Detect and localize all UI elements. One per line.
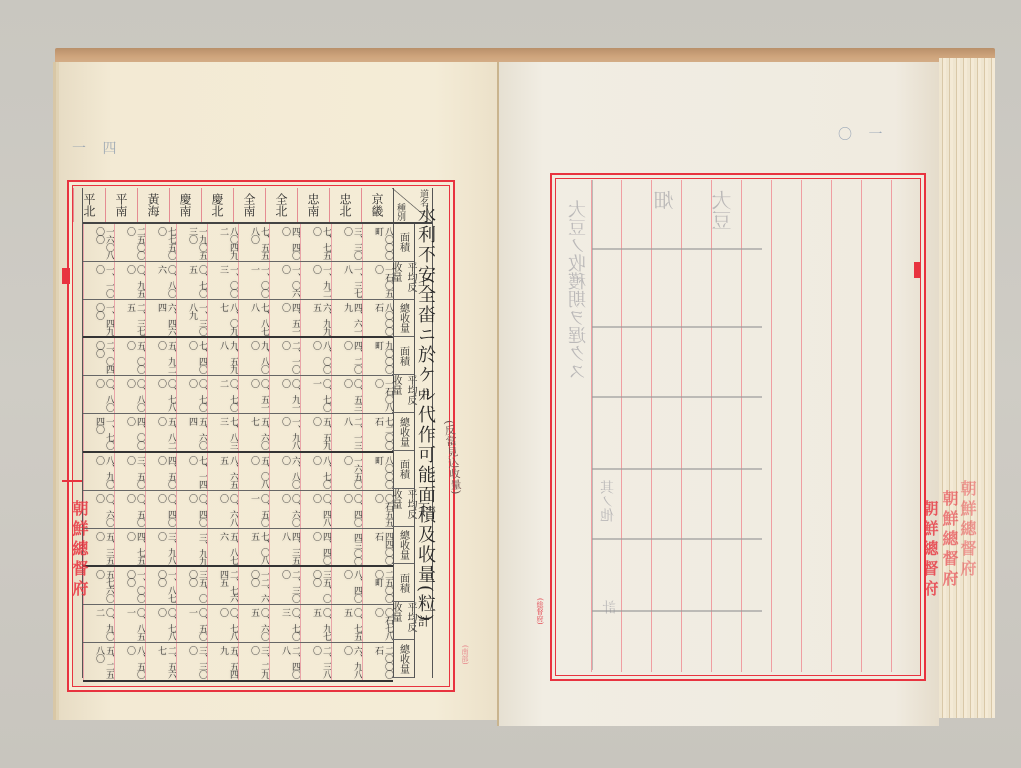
table-cell: 二、三八〇: [300, 643, 331, 680]
table-cell: 六、四六四: [145, 300, 176, 337]
table-cell: 五、五九〇: [300, 414, 331, 451]
table-cell: 二、〇四〇〇: [83, 338, 114, 375]
column-header: 黃海: [137, 188, 169, 222]
table-cell: 七、一四〇: [176, 453, 207, 490]
table-cell: 〇、七〇一: [300, 376, 331, 413]
table-cell: 八、七〇〇: [300, 453, 331, 490]
table-cell: 九、五九八: [207, 338, 238, 375]
table-cell: 〇、四八〇: [300, 491, 331, 528]
table-cell: 四、四〇〇: [300, 529, 331, 566]
table-cell: 一、〇六〇: [269, 262, 300, 299]
table-cell: 七、八七八: [238, 300, 269, 337]
table-cell: 〇、九五〇: [114, 262, 145, 299]
table-cell: 一、三七八: [331, 262, 362, 299]
table-cell: 四、五一〇: [269, 300, 300, 337]
table-cell: 五、八二〇: [145, 414, 176, 451]
edge-tick: [62, 268, 70, 284]
table-cell: 二、一三八: [331, 414, 362, 451]
table-cell: 五、九二〇: [145, 338, 176, 375]
table-cell: 五、〇八〇: [238, 453, 269, 490]
table-cell: 〇、四〇〇: [331, 491, 362, 528]
row-label: 平均反收量: [392, 262, 414, 300]
row-label: 平均反收量: [392, 375, 414, 413]
column-header: 忠南: [297, 188, 329, 222]
table-cell: 二、三〇〇: [269, 567, 300, 604]
table-row: 八〇〇〇町三、三〇〇七、七五〇四、四〇〇七、五五八〇八〇四九二一九〇五三〇七七五…: [83, 224, 393, 262]
table-cell: 二、三七五: [114, 300, 145, 337]
table-cell: 七、〇八五: [238, 529, 269, 566]
table-cell: 五、六〇七: [238, 414, 269, 451]
table-cell: 七七五〇〇: [145, 224, 176, 261]
edge-stamp-right-3: 朝鮮總督府: [956, 480, 979, 580]
table-cell: 〇、七〇三: [269, 605, 300, 642]
table-cell: 八〇四九二: [207, 224, 238, 261]
table-cell: 八、〇九七: [207, 300, 238, 337]
table-cell: 〇、九七五: [300, 605, 331, 642]
row-label: 面積: [392, 565, 414, 603]
column-header: 慶北: [201, 188, 233, 222]
ghost-text: 其ノ他: [598, 480, 618, 522]
table-title: 水利不安全畓ニ於ケル代作可能面積及收量(粒): [412, 205, 438, 623]
table-cell: 一、〇〇〇〇: [114, 567, 145, 604]
table-cell: 〇、七〇〇: [176, 376, 207, 413]
table-cell: 五、六〇四: [176, 414, 207, 451]
page-stack-edge: [939, 58, 995, 718]
table-cell: 六、九九五: [300, 300, 331, 337]
table-cell: 〇、七八〇: [207, 605, 238, 642]
row-label: 總收量: [392, 300, 414, 338]
table-cell: 三、二九〇: [238, 643, 269, 680]
table-cell: 四四〇〇石: [362, 529, 393, 566]
table-cell: 四三〇〇: [331, 529, 362, 566]
table-cell: 八、〇〇〇: [300, 338, 331, 375]
table-cell: 三五、〇〇〇: [300, 567, 331, 604]
table-cell: 五、五四九: [207, 643, 238, 680]
table-cell: 〇、八〇〇: [114, 376, 145, 413]
table-row: 〇石五五〇〇、四〇〇〇、四八〇〇、六〇〇〇、五〇一〇、六八〇〇、四〇〇〇、四〇〇…: [83, 491, 393, 529]
data-table: 京畿忠北忠南全北全南慶北慶南黃海平南平北 八〇〇〇町三、三〇〇七、七五〇四、四〇…: [82, 188, 394, 678]
table-cell: 一、九二〇: [300, 262, 331, 299]
ghost-rule: [592, 396, 762, 398]
table-cell: 一六〇八〇〇: [83, 224, 114, 261]
edge-stamp-left: 朝鮮總督府: [68, 500, 91, 600]
ghost-text: 畑: [650, 190, 679, 210]
table-cell: 〇、七八〇: [145, 605, 176, 642]
table-cell: 〇、四〇〇: [145, 491, 176, 528]
table-row: 八〇〇〇町一六五〇〇八、七〇〇六、八〇〇五、〇八〇八、六五五七、一四〇四、五〇〇…: [83, 453, 393, 491]
table-cell: 〇、四〇〇: [176, 491, 207, 528]
table-cell: 八〇〇〇町: [362, 224, 393, 261]
table-cell: 一、九八〇: [269, 414, 300, 451]
table-cell: 七、八三三: [207, 414, 238, 451]
table-cell: 〇、七〇五: [176, 262, 207, 299]
table-cell: 五、八七六: [207, 529, 238, 566]
table-cell: 六、八〇〇: [269, 453, 300, 490]
table-cell: 二五〇〇〇町: [362, 567, 393, 604]
table-cell: 四、二〇〇: [331, 338, 362, 375]
table-cell: 八〇〇〇石: [362, 300, 393, 337]
table-cell: 八〇〇〇町: [362, 453, 393, 490]
table-cell: 〇、八五一: [114, 605, 145, 642]
table-cell: 二、四〇八: [269, 643, 300, 680]
table-cell: 七二〇〇石: [362, 414, 393, 451]
table-body: 八〇〇〇町三、三〇〇七、七五〇四、四〇〇七、五五八〇八〇四九二一九〇五三〇七七五…: [83, 224, 393, 678]
table-cell: 三、九九: [176, 529, 207, 566]
row-label: 平均反收量: [392, 602, 414, 640]
table-cell: 〇、五〇〇: [114, 491, 145, 528]
table-cell: 三、三〇〇: [176, 643, 207, 680]
table-cell: 〇、五三〇: [331, 376, 362, 413]
column-header: 忠北: [329, 188, 361, 222]
ghost-text: 計: [600, 600, 620, 614]
table-cell: 二〇〇〇石: [362, 643, 393, 680]
row-label: 平均反收量: [392, 489, 414, 527]
table-cell: 四、七五〇: [114, 529, 145, 566]
table-row: 八〇〇〇石四、六一九六、九九五四、五一〇七、八七八八、〇九七一、三〇八九六、四六…: [83, 300, 393, 339]
table-row: 〇石七八〇〇、七五五〇、九七五〇、七〇三〇、六〇五〇、七八〇〇、五〇一〇、七八〇…: [83, 605, 393, 643]
table-cell: 一二、六〇〇: [238, 567, 269, 604]
table-cell: 二五〇〇〇: [114, 224, 145, 261]
table-row: 二〇〇〇石六、九八〇二、三八〇二、四〇八三、二九〇五、五四九三、三〇〇二、五六七…: [83, 643, 393, 682]
tiny-stamp-left: (南部): [460, 645, 470, 664]
table-cell: 〇、五一〇: [238, 376, 269, 413]
table-cell: 三、三〇〇: [331, 224, 362, 261]
table-cell: 八、六五五: [207, 453, 238, 490]
table-row: 七二〇〇石二、一三八五、五九〇一、九八〇五、六〇七七、八三三五、六〇四五、八二〇…: [83, 414, 393, 453]
table-row: 一石〇五〇一、三七八一、九二〇一、〇六〇一、〇〇一一、〇〇三〇、七〇五〇、八〇六…: [83, 262, 393, 300]
table-cell: 六、九八〇: [331, 643, 362, 680]
ghost-rule: [592, 538, 762, 540]
table-cell: 〇、六八〇: [207, 491, 238, 528]
table-cell: 二、五六七: [145, 643, 176, 680]
table-cell: 八、五〇〇: [114, 643, 145, 680]
table-cell: 八、四〇〇: [331, 567, 362, 604]
table-cell: 四、〇〇〇: [114, 414, 145, 451]
table-cell: 〇、七八〇: [145, 376, 176, 413]
table-cell: 〇、九一〇: [269, 376, 300, 413]
table-cell: 一九〇五三〇: [176, 224, 207, 261]
ghost-rule: [592, 468, 762, 470]
table-cell: 四、三五八: [269, 529, 300, 566]
table-cell: 九〇〇〇町: [362, 338, 393, 375]
table-cell: 四、六一九: [331, 300, 362, 337]
table-cell: 〇、八〇六: [145, 262, 176, 299]
column-header: 全北: [265, 188, 297, 222]
row-label: 面積: [392, 451, 414, 489]
table-cell: 九、八〇〇: [238, 338, 269, 375]
table-cell: 三、五〇〇: [114, 453, 145, 490]
left-page-number: 一 四: [72, 138, 122, 158]
table-cell: 〇、六〇〇: [269, 491, 300, 528]
table-cell: 〇、五〇一: [176, 605, 207, 642]
table-cell: 〇、八〇〇: [83, 376, 114, 413]
ghost-rule: [592, 180, 593, 670]
column-header: 全南: [233, 188, 265, 222]
ghost-rule: [592, 326, 762, 328]
ghost-rule: [592, 248, 762, 250]
column-header: 平南: [105, 188, 137, 222]
table-row: 四四〇〇石四三〇〇四、四〇〇四、三五八七、〇八五五、八七六三、九九三、九八〇四、…: [83, 529, 393, 568]
table-cell: 五、二五八〇: [83, 643, 114, 680]
ghost-text: 大豆ノ收穫期ヲ遅クス: [566, 200, 592, 380]
table-cell: 七、四〇〇: [176, 338, 207, 375]
table-cell: 一、七〇四〇: [83, 414, 114, 451]
table-cell: 一、一〇〇: [83, 262, 114, 299]
ghost-text: 大豆: [708, 190, 737, 230]
table-cell: 一、三〇八九: [176, 300, 207, 337]
tiny-stamp-right: (総督府): [535, 598, 545, 624]
table-header-row: 京畿忠北忠南全北全南慶北慶南黃海平南平北: [83, 188, 393, 224]
table-cell: 四、五〇〇: [145, 453, 176, 490]
column-header: 平北: [73, 188, 105, 222]
table-cell: 四、四〇〇: [269, 224, 300, 261]
table-cell: 〇、五〇一: [238, 491, 269, 528]
column-header: 京畿: [361, 188, 393, 222]
right-page-number: 〇 一: [838, 124, 888, 144]
table-cell: 〇、六〇五: [238, 605, 269, 642]
column-header: 慶南: [169, 188, 201, 222]
table-cell: 二、一〇〇: [269, 338, 300, 375]
table-cell: 〇、九〇二: [83, 605, 114, 642]
row-label: 總收量: [392, 640, 414, 678]
table-cell: 一、〇〇三: [207, 262, 238, 299]
table-cell: 一六五〇〇: [331, 453, 362, 490]
corner-bottom-label: 種別: [394, 203, 407, 221]
table-cell: 一、八七〇〇: [145, 567, 176, 604]
table-cell: 三、九八〇: [145, 529, 176, 566]
row-label: 總收量: [392, 413, 414, 451]
table-row: 九〇〇〇町四、二〇〇八、〇〇〇二、一〇〇九、八〇〇九、五九八七、四〇〇五、九二〇…: [83, 338, 393, 376]
table-cell: 一、四九〇〇: [83, 300, 114, 337]
edge-tick: [62, 480, 82, 482]
table-cell: 〇、七〇二: [207, 376, 238, 413]
table-cell: 八、九〇〇: [83, 453, 114, 490]
table-cell: 〇、七五五: [331, 605, 362, 642]
table-cell: 七、七五〇: [300, 224, 331, 261]
table-cell: 五、〇〇〇: [114, 338, 145, 375]
table-cell: 二、七六四五: [207, 567, 238, 604]
table-cell: 七、五五八〇: [238, 224, 269, 261]
table-cell: 一、〇〇一: [238, 262, 269, 299]
table-row: 一石〇八〇〇、五三〇〇、七〇一〇、九一〇〇、五一〇〇、七〇二〇、七〇〇〇、七八〇…: [83, 376, 393, 414]
row-label: 面積: [392, 224, 414, 262]
row-label: 面積: [392, 338, 414, 376]
row-label: 總收量: [392, 527, 414, 565]
table-row: 二五〇〇〇町八、四〇〇三五、〇〇〇二、三〇〇一二、六〇〇二、七六四五三五、〇〇〇…: [83, 567, 393, 605]
table-cell: 三五、〇〇〇: [176, 567, 207, 604]
right-ruled-columns: [562, 180, 918, 672]
